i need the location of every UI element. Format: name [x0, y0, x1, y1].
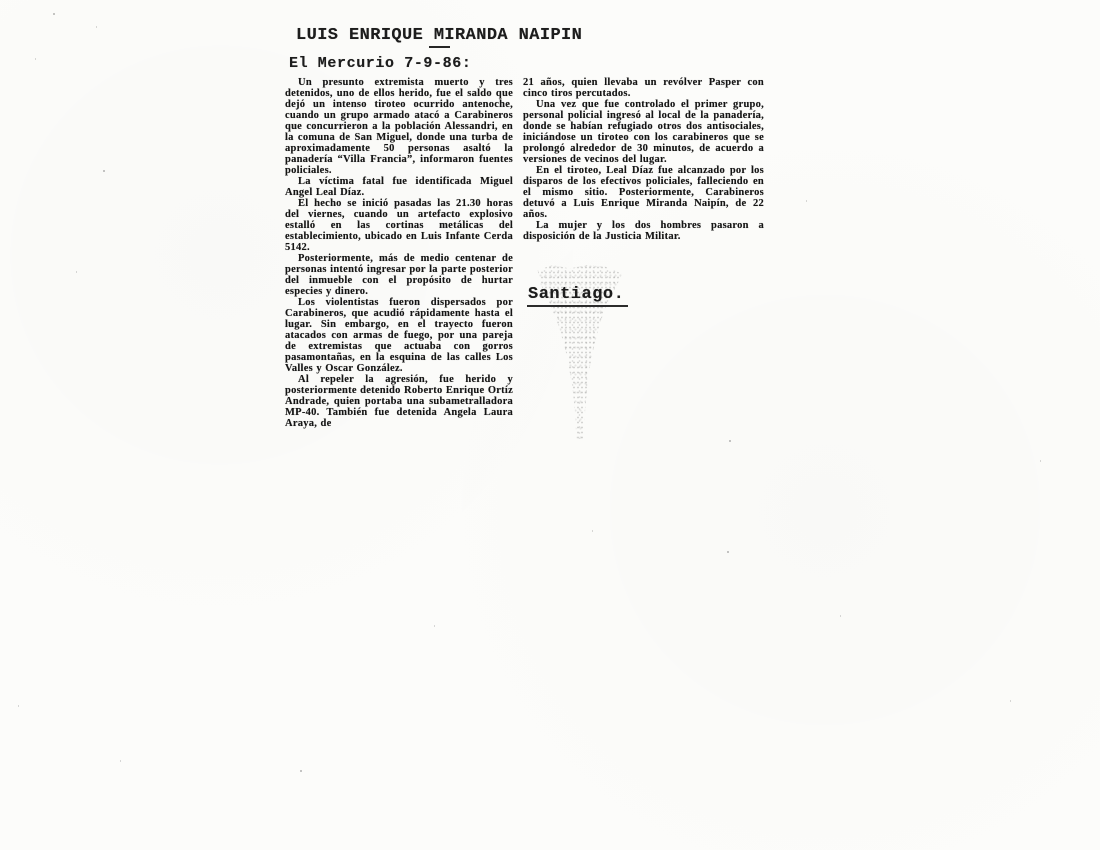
scan-speck — [76, 271, 77, 273]
scan-speck — [18, 705, 19, 707]
scan-speck — [727, 551, 729, 553]
scan-speck — [35, 58, 36, 60]
article-paragraph-6: Al repeler la agresión, fue herido y pos… — [285, 374, 513, 429]
clipping-subject-name: LUIS ENRIQUE MIRANDA NAIPIN — [296, 27, 582, 44]
article-paragraph-7: Una vez que fue controlado el primer gru… — [523, 99, 764, 165]
article-paragraph-5: Los violentistas fueron dispersados por … — [285, 297, 513, 374]
scan-speck — [1040, 460, 1041, 462]
article-paragraph-9: La mujer y los dos hombres pasaron a dis… — [523, 220, 764, 242]
scan-speck — [1010, 700, 1011, 702]
article-paragraph-6-continued: 21 años, quien llevaba un revólver Paspe… — [523, 77, 764, 99]
scan-speck — [96, 26, 97, 28]
article-paragraph-2: La víctima fatal fue identificada Miguel… — [285, 176, 513, 198]
article-paragraph-3: El hecho se inició pasadas las 21.30 hor… — [285, 198, 513, 253]
scan-speck — [434, 625, 435, 627]
scan-speck — [729, 440, 731, 442]
scan-speck — [53, 13, 55, 15]
scan-speck — [300, 770, 302, 772]
article-paragraph-8: En el tiroteo, Leal Díaz fue alcanzado p… — [523, 165, 764, 220]
article-paragraph-4: Posteriormente, más de medio centenar de… — [285, 253, 513, 297]
article-column-2: 21 años, quien llevaba un revólver Paspe… — [523, 77, 764, 429]
clipping-source-date: El Mercurio 7-9-86: — [289, 56, 471, 71]
scan-speck — [840, 615, 841, 617]
article-paragraph-1: Un presunto extremista muerto y tres det… — [285, 77, 513, 176]
name-underline-mark — [429, 46, 450, 48]
city-annotation: Santiago. — [527, 286, 628, 307]
scan-speck — [592, 530, 593, 532]
scan-speck — [103, 170, 105, 172]
scan-speck — [806, 200, 807, 202]
scan-speck — [120, 760, 121, 762]
article-column-1: Un presunto extremista muerto y tres det… — [285, 77, 513, 429]
newspaper-article: Un presunto extremista muerto y tres det… — [285, 77, 764, 429]
scanned-clipping-page: LUIS ENRIQUE MIRANDA NAIPIN El Mercurio … — [0, 0, 1100, 850]
